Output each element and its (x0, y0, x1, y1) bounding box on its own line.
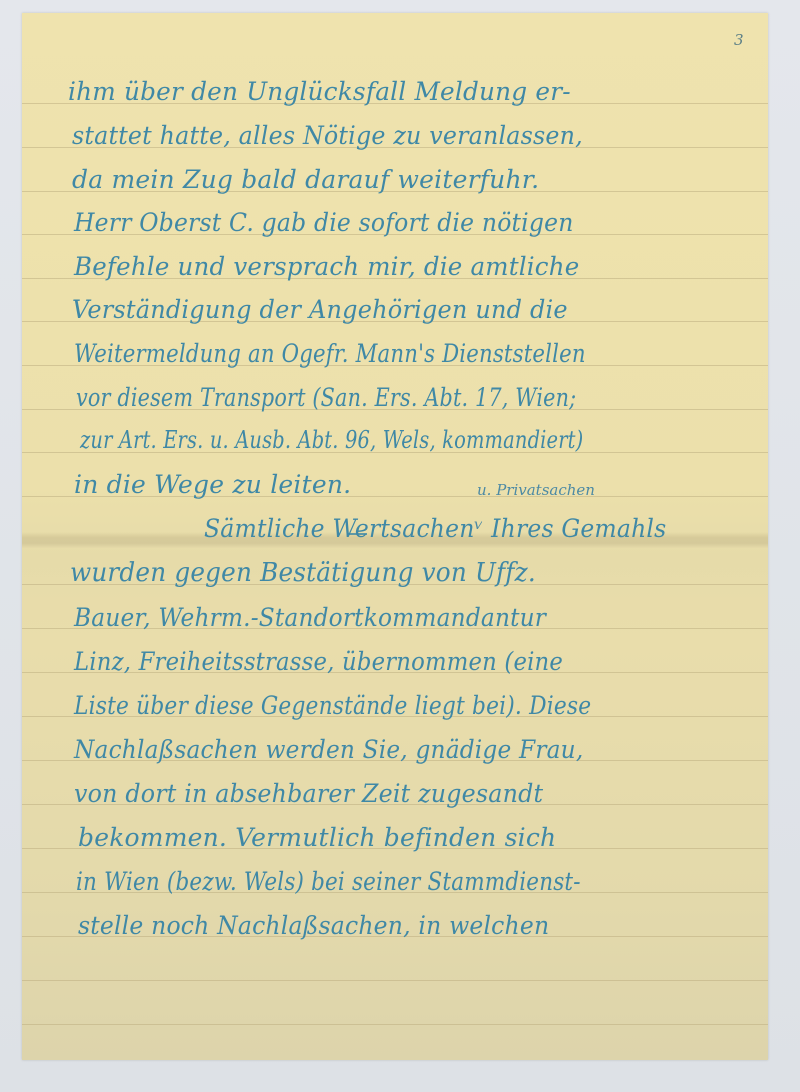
handwritten-line-8: vor diesem Transport (San. Ers. Abt. 17,… (76, 385, 576, 410)
handwritten-line-10: in die Wege zu leiten. (74, 472, 351, 497)
handwritten-line-13: Bauer, Wehrm.-Standortkommandantur (74, 605, 546, 630)
handwritten-line-12: wurden gegen Bestätigung von Uffz. (70, 560, 536, 586)
line-11-end: Ihres Gemahls (483, 514, 666, 543)
strikethrough-mark (347, 533, 367, 535)
handwritten-insertion: u. Privatsachen (477, 481, 595, 499)
page-number: 3 (734, 31, 744, 49)
handwritten-line-19: in Wien (bezw. Wels) bei seiner Stammdie… (76, 869, 581, 894)
handwritten-line-3: da mein Zug bald darauf weiterfuhr. (72, 167, 539, 192)
handwritten-line-20: stelle noch Nachlaßsachen, in welchen (78, 913, 549, 938)
handwritten-line-6: Verständigung der Angehörigen und die (72, 297, 568, 322)
handwritten-line-9: zur Art. Ers. u. Ausb. Abt. 96, Wels, ko… (80, 428, 583, 452)
ruled-line (22, 980, 768, 981)
struck-through-word: Wertsachen (332, 514, 474, 543)
handwritten-line-11: Sämtliche Wertsachenᵛ Ihres Gemahls (204, 516, 666, 541)
handwritten-line-1: ihm über den Unglücksfall Meldung er- (68, 79, 571, 104)
handwritten-line-7: Weitermeldung an Ogefr. Mann's Dienstste… (74, 341, 586, 366)
handwritten-line-18: bekommen. Vermutlich befinden sich (78, 825, 556, 850)
handwritten-line-17: von dort in absehbarer Zeit zugesandt (74, 781, 543, 806)
handwritten-line-2: stattet hatte, alles Nötige zu veranlass… (72, 123, 583, 148)
handwritten-line-14: Linz, Freiheitsstrasse, übernommen (eine (74, 649, 563, 674)
handwritten-line-4: Herr Oberst C. gab die sofort die nötige… (74, 210, 574, 235)
letter-page: 3 ihm über den Unglücksfall Meldung er- … (22, 13, 768, 1060)
ruled-line (22, 1024, 768, 1025)
handwritten-line-15: Liste über diese Gegenstände liegt bei).… (74, 693, 591, 718)
line-11-start: Sämtliche (204, 514, 332, 543)
handwritten-line-5: Befehle und versprach mir, die amtliche (74, 254, 579, 279)
insertion-caret: ᵛ (475, 514, 484, 543)
handwritten-line-16: Nachlaßsachen werden Sie, gnädige Frau, (74, 737, 583, 762)
